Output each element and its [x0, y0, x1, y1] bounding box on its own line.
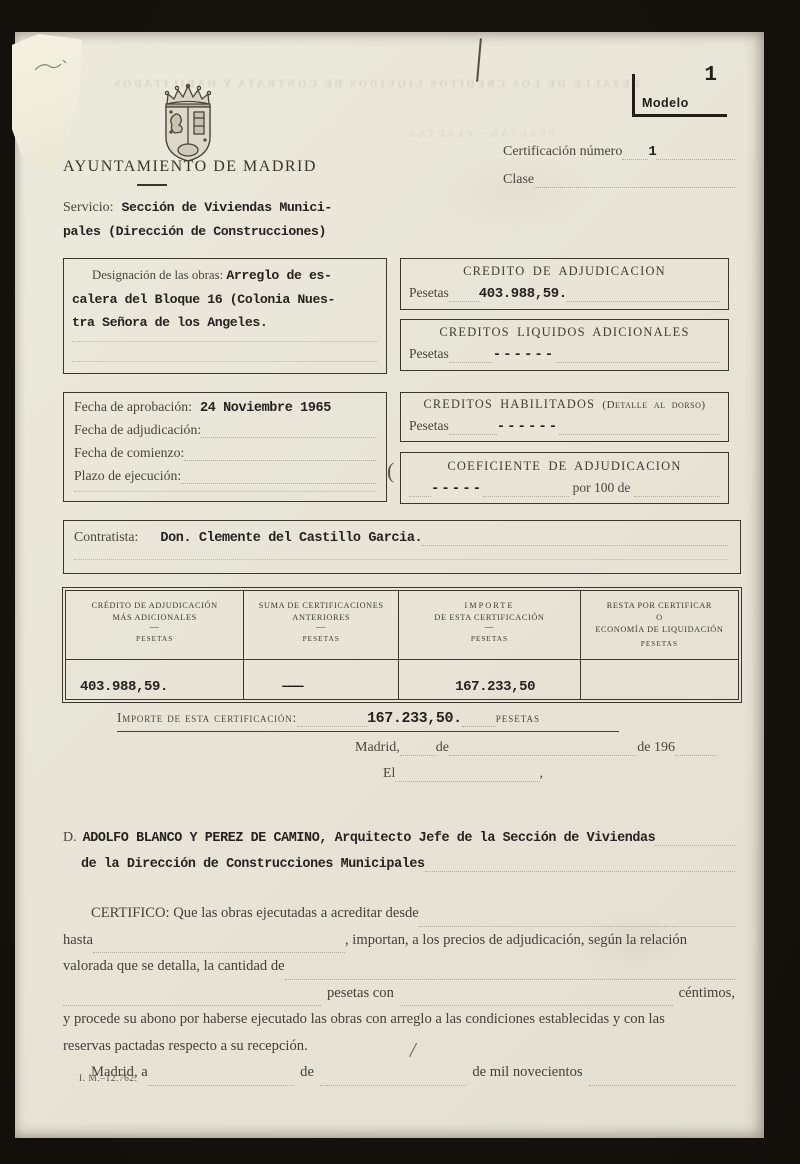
signature-line: El , [383, 766, 543, 782]
fecha-adjudicacion-label: Fecha de adjudicación: [74, 422, 201, 438]
col-unit: PESETAS [399, 634, 580, 645]
pencil-mark [33, 56, 81, 76]
col-unit: PESETAS [66, 634, 243, 645]
coeficiente-value: ----- [431, 481, 483, 497]
designacion-box: Designación de las obras: Arreglo de es-… [63, 258, 387, 374]
scan-artifact-line [476, 38, 482, 82]
pesetas-label: Pesetas [409, 346, 449, 362]
table-column: CRÉDITO DE ADJUDICACIÓN MÁS ADICIONALES … [66, 591, 244, 699]
creditos-liquidos-value: ------ [493, 347, 555, 363]
designacion-value-line1: Arreglo de es- [226, 268, 331, 283]
col-value: 403.988,59. [66, 660, 243, 699]
certifico-lead: CERTIFICO: Que las obras ejecutadas a ac… [91, 900, 419, 927]
table-column: RESTA POR CERTIFICAR O ECONOMÍA DE LIQUI… [581, 591, 738, 699]
signatory-line1: D. ADOLFO BLANCO Y PEREZ DE CAMINO, Arqu… [63, 830, 735, 846]
coeficiente-title: COEFICIENTE DE ADJUDICACION [401, 459, 728, 474]
col-header: RESTA POR CERTIFICAR [581, 600, 738, 612]
certifico-block: CERTIFICO: Que las obras ejecutadas a ac… [63, 900, 735, 1086]
col-header: IMPORTE [399, 600, 580, 612]
col-value [581, 660, 738, 699]
paper-patch [12, 34, 82, 170]
fecha-aprobacion-value: 24 Noviembre 1965 [200, 401, 331, 416]
clase-row: Clase [503, 172, 735, 188]
col-value: ——— [244, 660, 398, 699]
certification-number-value: 1 [648, 144, 656, 160]
certification-number-label: Certificación número [503, 144, 622, 160]
fechas-box: Fecha de aprobación: 24 Noviembre 1965 F… [63, 392, 387, 502]
contratista-box: Contratista: Don. Clemente del Castillo … [63, 520, 741, 574]
servicio-row: Servicio: Sección de Viviendas Munici- [63, 200, 403, 216]
designacion-label: Designación de las obras: [92, 268, 223, 282]
creditos-habilitados-title-suffix: (Detalle al dorso) [602, 399, 705, 411]
credito-adjudicacion-title: CREDITO DE ADJUDICACION [401, 264, 728, 279]
org-title: AYUNTAMIENTO DE MADRID [63, 158, 317, 176]
print-reference: I. M.–12.762. [79, 1074, 138, 1084]
credito-adjudicacion-value: 403.988,59. [479, 286, 567, 302]
importe-certificacion-row: Importe de esta certificación: 167.233,5… [117, 710, 619, 732]
date-line: Madrid, de de 196 [355, 740, 717, 756]
signatory-prefix: D. [63, 830, 77, 846]
signatory-line2: de la Dirección de Construcciones Munici… [81, 857, 735, 872]
col-value: 167.233,50 [399, 660, 580, 699]
paper-stain [435, 152, 595, 232]
signatory-name: ADOLFO BLANCO Y PEREZ DE CAMINO, Arquite… [83, 831, 656, 846]
servicio-value-line2: pales (Dirección de Construcciones) [63, 224, 326, 239]
fecha-comienzo-label: Fecha de comienzo: [74, 445, 184, 461]
importe-unit: pesetas [496, 710, 540, 726]
importe-value: 167.233,50. [367, 710, 462, 727]
bleedthrough-text: PESETAS · PESETAS [175, 128, 555, 140]
col-header: SUMA DE CERTIFICACIONES [244, 600, 398, 612]
servicio-label: Servicio: [63, 200, 114, 216]
pesetas-label: Pesetas [409, 285, 449, 301]
designacion-value-line3: tra Señora de los Angeles. [72, 315, 267, 330]
fecha-aprobacion-label: Fecha de aprobación: [74, 399, 192, 415]
col-unit: PESETAS [244, 634, 398, 645]
col-unit: PESETAS [581, 639, 738, 650]
creditos-habilitados-value: ------ [497, 419, 559, 435]
credito-adjudicacion-box: CREDITO DE ADJUDICACION Pesetas 403.988,… [400, 258, 729, 310]
modelo-badge: Modelo 1 [632, 74, 727, 117]
clase-label: Clase [503, 172, 534, 188]
coeficiente-por-label: por 100 de [573, 480, 631, 496]
contratista-label: Contratista: [74, 529, 138, 545]
scan-artifact-paren: ( [387, 458, 394, 484]
creditos-habilitados-title: CREDITOS HABILITADOS [423, 397, 595, 411]
modelo-number: 1 [704, 64, 717, 87]
importe-label: Importe de esta certificación: [117, 710, 297, 726]
summary-table: CRÉDITO DE ADJUDICACIÓN MÁS ADICIONALES … [65, 590, 739, 700]
document-page: DETALLE DE LOS CREDITOS LIQUIDOS DE CONT… [15, 32, 764, 1138]
certification-number-row: Certificación número 1 [503, 144, 735, 160]
table-column: SUMA DE CERTIFICACIONES ANTERIORES — PES… [244, 591, 399, 699]
creditos-liquidos-title: CREDITOS LIQUIDOS ADICIONALES [401, 325, 728, 340]
creditos-habilitados-box: CREDITOS HABILITADOS (Detalle al dorso) … [400, 392, 729, 442]
designacion-value-line2: calera del Bloque 16 (Colonia Nues- [72, 292, 335, 307]
modelo-label: Modelo [642, 96, 689, 110]
contratista-value: Don. Clemente del Castillo Garcia. [160, 531, 422, 546]
table-column: IMPORTE DE ESTA CERTIFICACIÓN — PESETAS … [399, 591, 581, 699]
col-header: CRÉDITO DE ADJUDICACIÓN [66, 600, 243, 612]
plazo-ejecucion-label: Plazo de ejecución: [74, 468, 181, 484]
creditos-liquidos-box: CREDITOS LIQUIDOS ADICIONALES Pesetas --… [400, 319, 729, 371]
pesetas-label: Pesetas [409, 418, 449, 434]
org-title-rule [137, 184, 167, 186]
servicio-value-line1: Sección de Viviendas Munici- [122, 200, 332, 215]
coeficiente-box: COEFICIENTE DE ADJUDICACION ----- por 10… [400, 452, 729, 504]
signatory-title: de la Dirección de Construcciones Munici… [81, 857, 425, 872]
madrid-crest [147, 82, 229, 166]
